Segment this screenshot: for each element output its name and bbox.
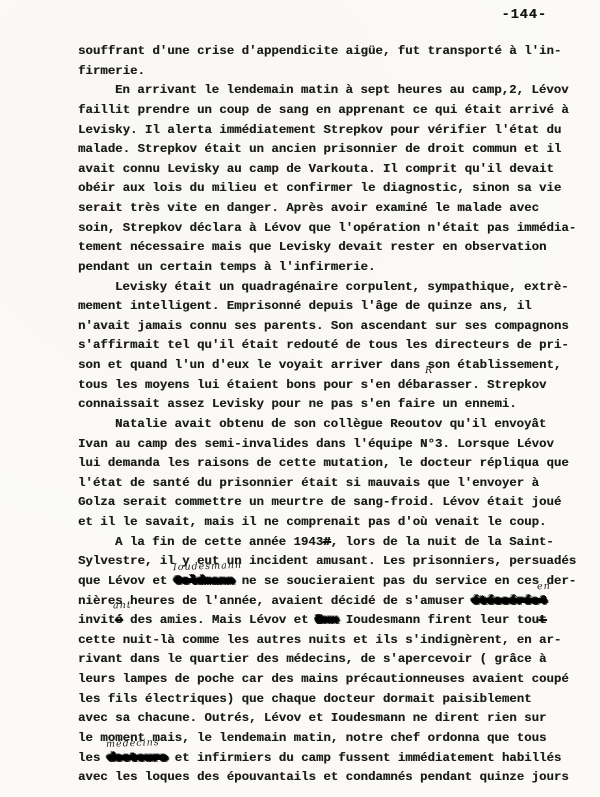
typewritten-text: lui demanda les raisons de cette mutatio… [78,456,569,470]
typewritten-text: sser. Strepkov [442,378,546,392]
typewritten-text: Ioudesmann firent leur tou [338,613,539,627]
typewritten-text: pendant un certain temps à l'infirmerie. [78,260,375,274]
correction-anchor: enétésséréc4 [472,592,546,612]
typewritten-text: des amies. Mais Lévov et [123,613,316,627]
typewritten-text: malade. Strepkov était un ancien prisonn… [78,142,561,156]
text-line: faillit prendre un coup de sang en appre… [78,101,594,121]
typewritten-text: les fils électriques) que chaque docteur… [78,692,532,706]
text-line: rivant dans le quartier des médecins, de… [78,650,594,670]
text-line: serait très vite en danger. Après avoir … [78,199,594,219]
typewritten-text: Ivan au camp des semi-invalides dans l'é… [78,437,554,451]
typewritten-text: leurs lampes de poche car des mains préc… [78,672,569,686]
text-line: avec les loques des épouvantails et cond… [78,768,594,788]
typewritten-text: Sylvestre, il y eut un incident amusant.… [78,554,576,568]
typewritten-text: nières heures de l'année, avaient décidé… [78,594,472,608]
typewritten-text: faillit prendre un coup de sang en appre… [78,103,569,117]
text-line: son et quand l'un d'eux le voyait arrive… [78,356,594,376]
text-line: mement intelligent. Emprisonné depuis l'… [78,297,594,317]
typewritten-text: cette nuit-là comme les autres nuits et … [78,633,561,647]
typewritten-text: A la fin de cette année 1943 [115,535,323,549]
correction-anchor: médecinsdocteurs [108,749,168,769]
text-line: leurs lampes de poche car des mains préc… [78,670,594,690]
overtyped-strikeout-text: Goldmann [175,574,235,588]
typewritten-text: soin, Strepkov déclara à Lévov que l'opé… [78,221,576,235]
text-line: pendant un certain temps à l'infirmerie. [78,258,594,278]
handwritten-correction: en [537,581,551,591]
typewritten-text: Golza serait commettre un meurtre de san… [78,495,561,509]
typewritten-text: avec sa chacune. Outrés, Lévov et Ioudes… [78,711,546,725]
typewritten-text: obéir aux lois du milieu et confirmer le… [78,181,561,195]
typewritten-text: connaissait assez Levisky pour ne pas s'… [78,397,517,411]
text-line: les fils électriques) que chaque docteur… [78,690,594,710]
struck-character: # [323,535,330,549]
text-line: lui demanda les raisons de cette mutatio… [78,454,594,474]
page-number: -144- [501,9,547,23]
overtyped-strikeout-text: étésséréc4 [472,594,546,608]
typewritten-text: ne se soucieraient pas du service en ces… [234,574,576,588]
text-line: invitanté des amies. Mais Lévov et Bxx I… [78,611,594,631]
text-line: nières heures de l'année, avaient décidé… [78,592,594,612]
typewritten-text: avait connu Levisky au camp de Varkouta.… [78,162,554,176]
typewritten-text: ra [427,378,442,392]
struck-character: t [539,613,546,627]
overtyped-strikeout-text: Bxx [316,613,338,627]
typewritten-text: serait très vite en danger. Après avoir … [78,201,539,215]
typewritten-text: Levisky était un quadragénaire corpulent… [115,280,569,294]
handwritten-correction: médecins [106,738,160,749]
text-line: avec sa chacune. Outrés, Lévov et Ioudes… [78,709,594,729]
overtyped-strikeout-text: docteurs [108,751,168,765]
text-line: les médecinsdocteurs et infirmiers du ca… [78,749,594,769]
text-line: firmerie. [78,62,594,82]
text-line: Ivan au camp des semi-invalides dans l'é… [78,435,594,455]
text-line: Sylvestre, il y eut un incident amusant.… [78,552,594,572]
typewritten-text: et infirmiers du camp fussent immédiatem… [167,751,561,765]
text-line: avait connu Levisky au camp de Varkouta.… [78,160,594,180]
text-line: tous les moyens lui étaient bons pour s'… [78,376,594,396]
text-line: connaissait assez Levisky pour ne pas s'… [78,395,594,415]
typewritten-text: mement intelligent. Emprisonné depuis l'… [78,299,532,313]
typewritten-text: tous les moyens lui étaient bons pour s'… [78,378,427,392]
text-line: Natalie avait obtenu de son collègue Reo… [78,415,594,435]
text-line: l'état de santé du prisonnier était si m… [78,474,594,494]
typewritten-text: firmerie. [78,64,145,78]
text-line: obéir aux lois du milieu et confirmer le… [78,179,594,199]
typewritten-text: Levisky. Il alerta immédiatement Strepko… [78,123,561,137]
handwritten-correction: ant [113,601,132,611]
typewritten-text: souffrant d'une crise d'appendicite aigü… [78,44,561,58]
text-line: souffrant d'une crise d'appendicite aigü… [78,42,594,62]
typewritten-text: tement nécessaire mais que Levisky devai… [78,240,546,254]
text-line: s'affirmait tel qu'il était redouté de t… [78,336,594,356]
text-line: malade. Strepkov était un ancien prisonn… [78,140,594,160]
typewritten-text: En arrivant le lendemain matin à sept he… [115,83,569,97]
handwritten-correction: Ioudesmann [173,561,242,573]
correction-anchor: Rra [427,376,442,396]
typewritten-text: son et quand l'un d'eux le voyait arrive… [78,358,561,372]
text-line: Levisky. Il alerta immédiatement Strepko… [78,121,594,141]
text-line: tement nécessaire mais que Levisky devai… [78,238,594,258]
typewritten-text: que Lévov et [78,574,175,588]
page-body: souffrant d'une crise d'appendicite aigü… [78,42,594,788]
correction-anchor: IoudesmannGoldmann [175,572,235,592]
text-line: que Lévov et IoudesmannGoldmann ne se so… [78,572,594,592]
typewritten-manuscript-page: -144- souffrant d'une crise d'appendicit… [0,0,600,797]
struck-character: é [115,613,122,627]
typewritten-text: , lors de la nuit de la Saint- [331,535,554,549]
text-line: cette nuit-là comme les autres nuits et … [78,631,594,651]
typewritten-text: n'avait jamais connu ses parents. Son as… [78,319,569,333]
text-line: n'avait jamais connu ses parents. Son as… [78,317,594,337]
typewritten-text: les [78,751,108,765]
typewritten-text: l'état de santé du prisonnier était si m… [78,476,539,490]
handwritten-correction: R [425,365,433,375]
text-line: soin, Strepkov déclara à Lévov que l'opé… [78,219,594,239]
typewritten-text: invit [78,613,115,627]
typewritten-text: rivant dans le quartier des médecins, de… [78,652,546,666]
typewritten-text: avec les loques des épouvantails et cond… [78,770,569,784]
text-line: et il le savait, mais il ne comprenait p… [78,513,594,533]
text-line: Golza serait commettre un meurtre de san… [78,493,594,513]
text-line: En arrivant le lendemain matin à sept he… [78,81,594,101]
typewritten-text: et il le savait, mais il ne comprenait p… [78,515,546,529]
typewritten-text: s'affirmait tel qu'il était redouté de t… [78,338,569,352]
text-line: A la fin de cette année 1943#, lors de l… [78,533,594,553]
typewritten-text: Natalie avait obtenu de son collègue Reo… [115,417,546,431]
text-line: Levisky était un quadragénaire corpulent… [78,278,594,298]
correction-anchor: anté [115,611,122,631]
